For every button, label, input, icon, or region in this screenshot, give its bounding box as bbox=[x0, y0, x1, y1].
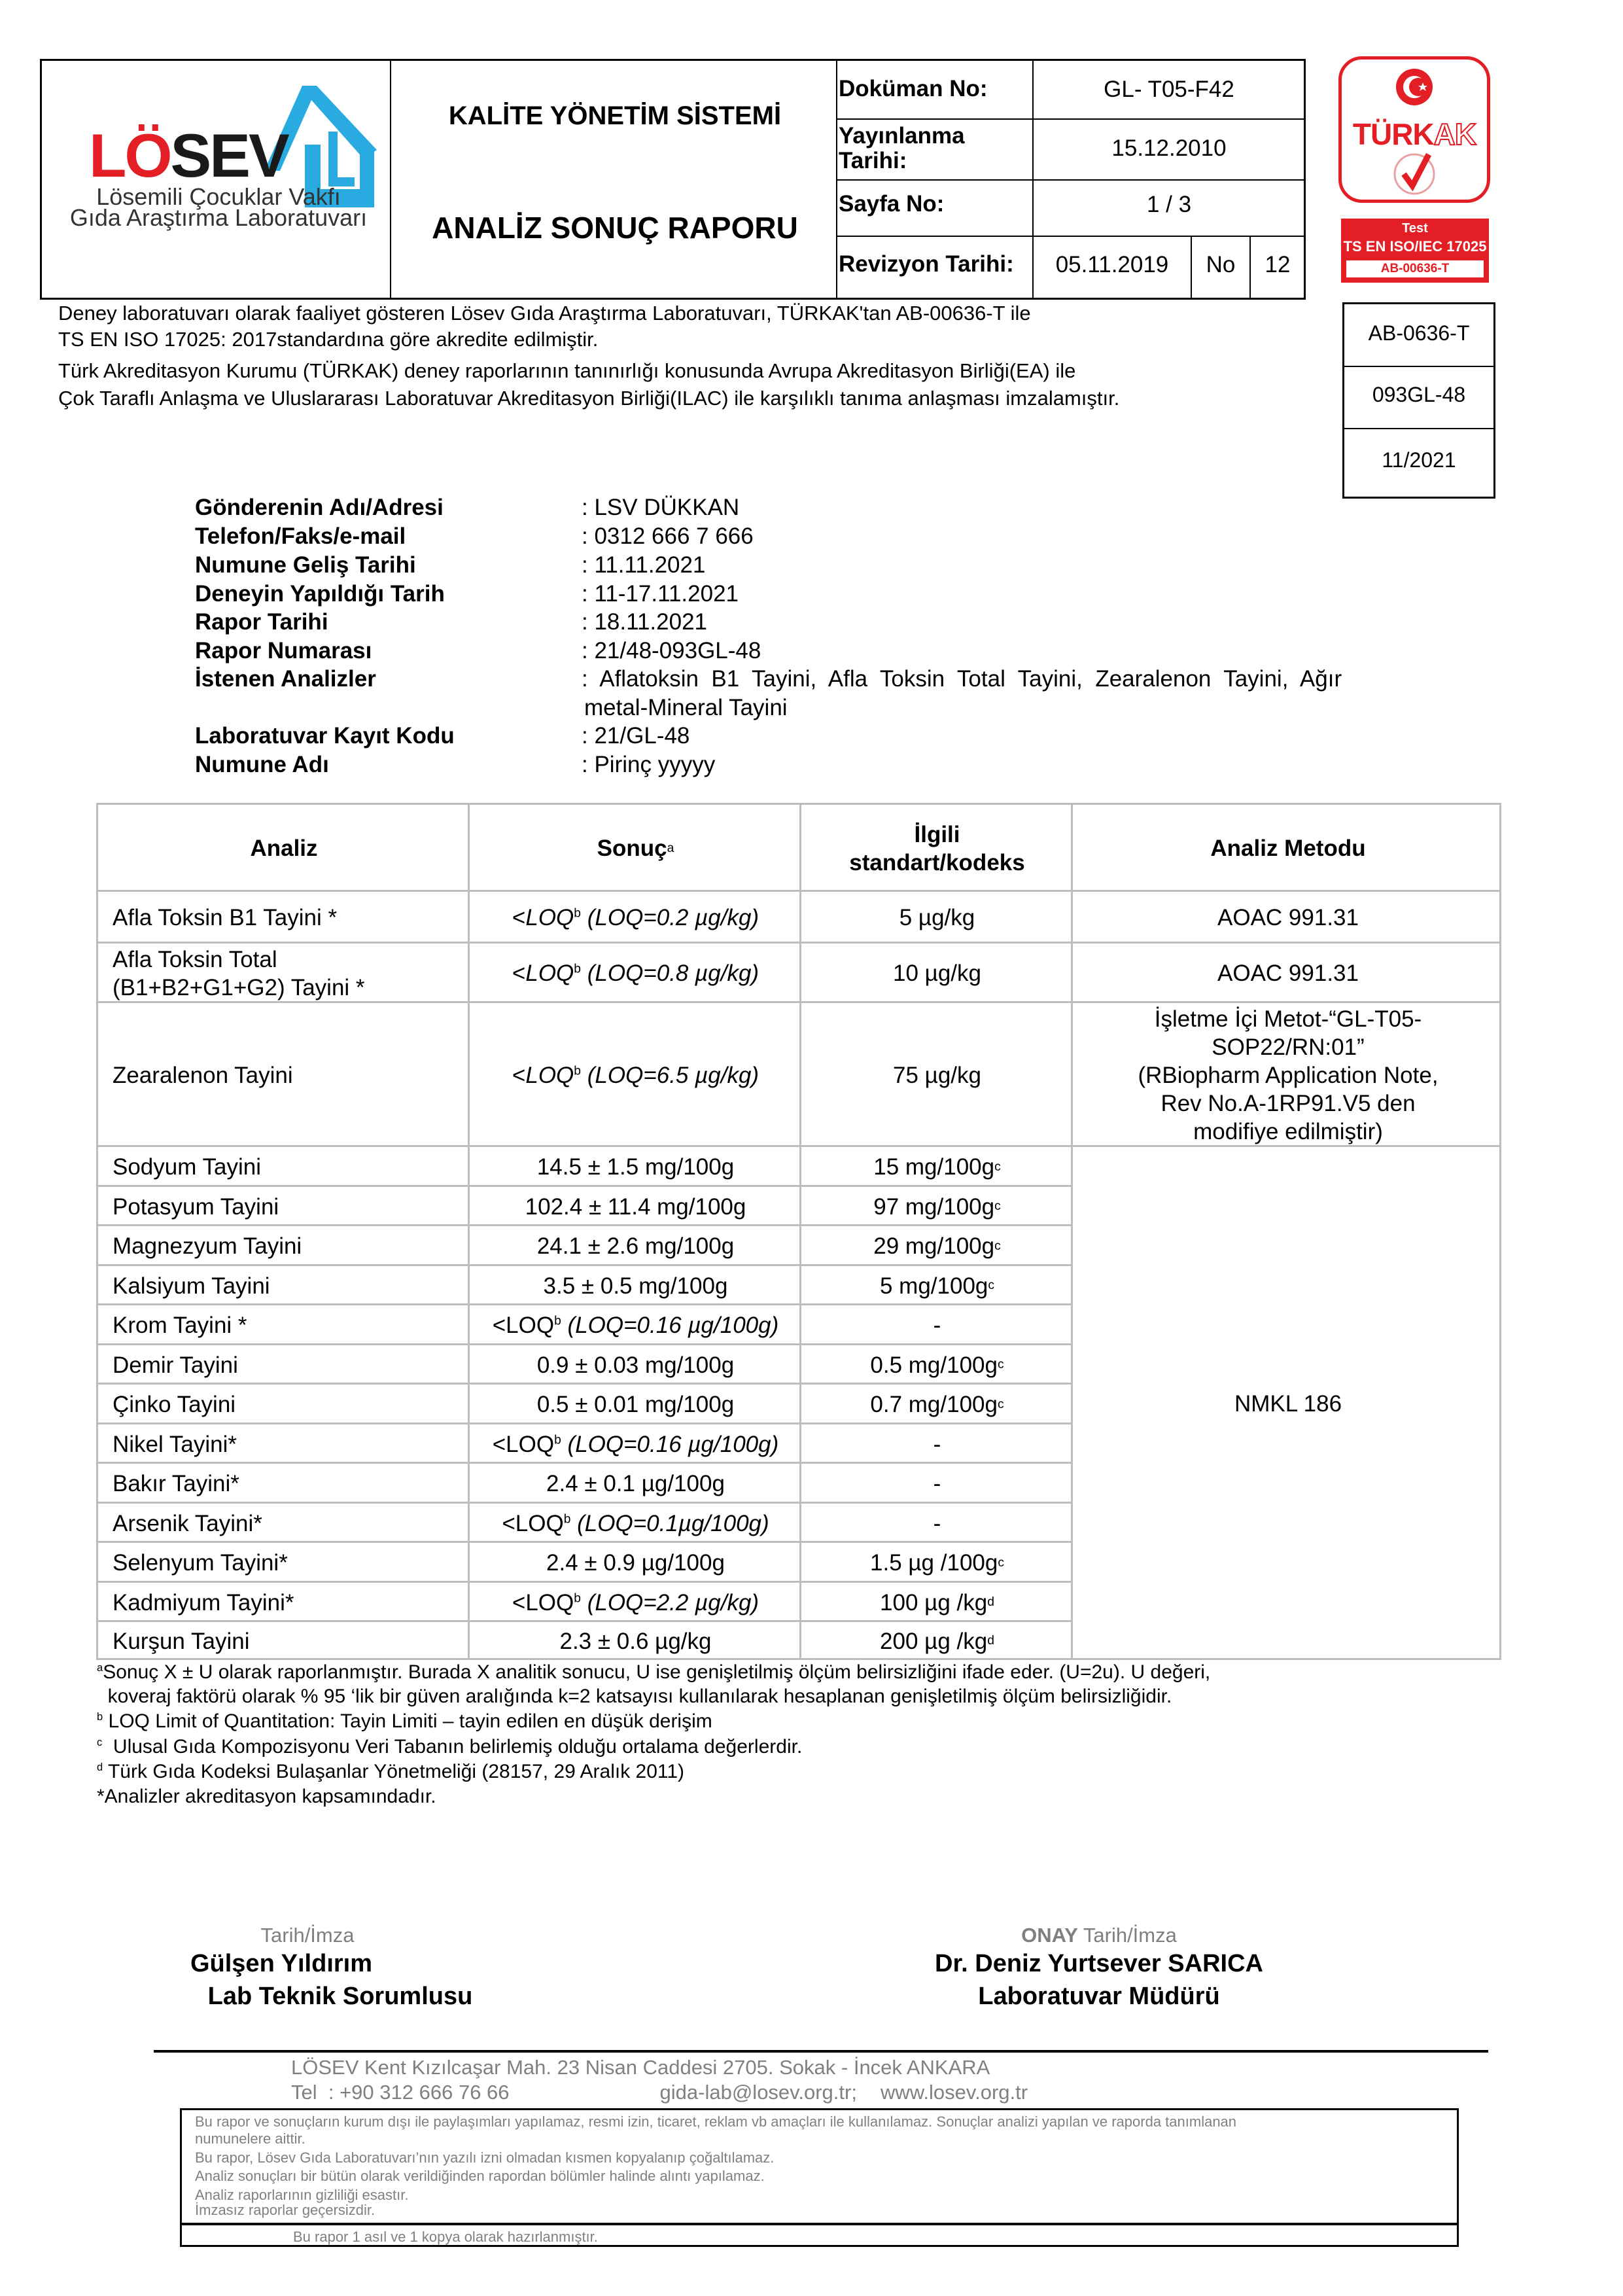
wordmark-red: LÖ bbox=[89, 121, 171, 190]
report-code: 093GL-48 bbox=[1344, 383, 1493, 407]
report-month: 11/2021 bbox=[1344, 448, 1493, 472]
table-cell-result: 3.5 ± 0.5 mg/100g bbox=[470, 1266, 801, 1305]
header-method: Analiz Metodu bbox=[1073, 805, 1503, 892]
divider bbox=[1344, 428, 1493, 429]
accreditation-text-line: Türk Akreditasyon Kurumu (TÜRKAK) deney … bbox=[58, 359, 1075, 383]
footnote-text: Türk Gıda Kodeksi Bulaşanlar Yönetmeliği… bbox=[103, 1761, 684, 1782]
publish-date-value: 15.12.2010 bbox=[1034, 135, 1304, 162]
revision-no-label: No bbox=[1192, 252, 1249, 278]
footnote-d: d Türk Gıda Kodeksi Bulaşanlar Yönetmeli… bbox=[97, 1760, 684, 1783]
page-no-value: 1 / 3 bbox=[1034, 192, 1304, 218]
table-cell-analysis: Zearalenon Tayini bbox=[98, 1003, 470, 1147]
table-cell-result: <LOQb (LOQ=0.16 µg/100g) bbox=[470, 1424, 801, 1464]
table-cell-result: 2.3 ± 0.6 µg/kg bbox=[470, 1622, 801, 1660]
footnote-marker: b bbox=[97, 1711, 103, 1723]
copies-note: Bu rapor 1 asıl ve 1 kopya olarak hazırl… bbox=[293, 2228, 598, 2246]
table-cell-standard: 5 mg/100g c bbox=[801, 1266, 1073, 1305]
footer-phone: Tel : +90 312 666 76 66 bbox=[291, 2081, 510, 2104]
footnote-a: aSonuç X ± U olarak raporlanmıştır. Bura… bbox=[97, 1661, 1210, 1684]
table-cell-standard: 200 µg /kg d bbox=[801, 1622, 1073, 1660]
sender-value: : LSV DÜKKAN bbox=[582, 495, 739, 521]
test-date-value: : 11-17.11.2021 bbox=[582, 581, 739, 607]
requested-analyses-value-cont: metal-Mineral Tayini bbox=[584, 695, 788, 721]
table-cell-standard: 1.5 µg /100g c bbox=[801, 1543, 1073, 1583]
divider bbox=[1344, 366, 1493, 367]
footer-divider bbox=[154, 2050, 1488, 2053]
table-cell-analysis: Magnezyum Tayini bbox=[98, 1226, 470, 1266]
disclaimer-line: Analiz sonuçları bir bütün olarak verild… bbox=[195, 2167, 765, 2185]
table-cell-result: 24.1 ± 2.6 mg/100g bbox=[470, 1226, 801, 1266]
divider bbox=[836, 118, 1304, 120]
table-cell-analysis: Demir Tayini bbox=[98, 1345, 470, 1385]
table-cell-standard: 97 mg/100g c bbox=[801, 1187, 1073, 1226]
test-date-label: Deneyin Yapıldığı Tarih bbox=[195, 581, 445, 607]
table-cell-result: <LOQb (LOQ=6.5 µg/kg) bbox=[470, 1003, 801, 1147]
divider bbox=[836, 236, 1304, 237]
table-cell-standard: 10 µg/kg bbox=[801, 944, 1073, 1003]
signature-right-name: Dr. Deniz Yurtsever SARICA bbox=[844, 1950, 1354, 1978]
report-date-value: : 18.11.2021 bbox=[582, 609, 707, 635]
table-cell-result: 0.9 ± 0.03 mg/100g bbox=[470, 1345, 801, 1385]
publish-date-label-2: Tarihi: bbox=[839, 149, 907, 173]
table-cell-analysis: Kadmiyum Tayini* bbox=[98, 1583, 470, 1622]
table-cell-result: 2.4 ± 0.1 µg/100g bbox=[470, 1464, 801, 1504]
footer-address: LÖSEV Kent Kızılcaşar Mah. 23 Nisan Cadd… bbox=[291, 2056, 990, 2079]
table-cell-analysis: Krom Tayini * bbox=[98, 1305, 470, 1345]
sender-label: Gönderenin Adı/Adresi bbox=[195, 495, 444, 521]
table-cell-analysis: Afla Toksin Total(B1+B2+G1+G2) Tayini * bbox=[98, 944, 470, 1003]
signature-left-title: Lab Teknik Sorumlusu bbox=[164, 1983, 517, 2011]
lab-code-label: Laboratuvar Kayıt Kodu bbox=[195, 723, 455, 749]
arrival-date-value: : 11.11.2021 bbox=[582, 552, 705, 578]
footer-contact: Tel : +90 312 666 76 66gida-lab@losev.or… bbox=[291, 2081, 1028, 2104]
quality-system-title: KALİTE YÖNETİM SİSTEMİ bbox=[391, 101, 839, 131]
table-cell-standard: 5 µg/kg bbox=[801, 892, 1073, 944]
report-title: ANALİZ SONUÇ RAPORU bbox=[391, 210, 839, 245]
table-cell-method-merged: NMKL 186 bbox=[1073, 1147, 1503, 1660]
table-cell-analysis: Afla Toksin B1 Tayini * bbox=[98, 892, 470, 944]
footnote-a-cont: koveraj faktörü olarak % 95 ‘lik bir güv… bbox=[97, 1685, 1172, 1708]
report-number-value: : 21/48-093GL-48 bbox=[582, 638, 761, 664]
table-cell-result: 2.4 ± 0.9 µg/100g bbox=[470, 1543, 801, 1583]
turkak-word-solid: TÜRK bbox=[1353, 117, 1434, 151]
report-number-label: Rapor Numarası bbox=[195, 638, 372, 664]
table-cell-standard: 75 µg/kg bbox=[801, 1003, 1073, 1147]
footnote-text: LOQ Limit of Quantitation: Tayin Limiti … bbox=[103, 1710, 712, 1732]
separator: ; bbox=[851, 2081, 857, 2104]
approval-label: ONAY bbox=[1021, 1924, 1078, 1947]
results-table: AnalizSonuçaİlgilistandart/kodeksAnaliz … bbox=[96, 803, 1501, 1660]
page-no-label: Sayfa No: bbox=[839, 192, 944, 217]
table-cell-analysis: Çinko Tayini bbox=[98, 1385, 470, 1424]
table-cell-analysis: Arsenik Tayini* bbox=[98, 1504, 470, 1543]
table-cell-result: <LOQb (LOQ=0.1µg/100g) bbox=[470, 1504, 801, 1543]
turkak-accreditation-logo: TÜRKAK Test TS EN ISO/IEC 17025 AB-00636… bbox=[1338, 56, 1495, 282]
table-cell-standard: 15 mg/100g c bbox=[801, 1147, 1073, 1187]
disclaimer-line: numunelere aittir. bbox=[195, 2130, 305, 2147]
turkak-wordmark: TÜRKAK bbox=[1338, 116, 1490, 152]
checkmark-circle-icon bbox=[1391, 148, 1438, 198]
crescent-star-icon bbox=[1395, 65, 1434, 109]
table-cell-result: <LOQb (LOQ=0.2 µg/kg) bbox=[470, 892, 801, 944]
footnote-accreditation-scope: *Analizler akreditasyon kapsamındadır. bbox=[97, 1785, 436, 1808]
footnote-text: Ulusal Gıda Kompozisyonu Veri Tabanın be… bbox=[102, 1736, 802, 1757]
table-cell-result: <LOQb (LOQ=0.16 µg/100g) bbox=[470, 1305, 801, 1345]
lab-code-value: : 21/GL-48 bbox=[582, 723, 689, 749]
disclaimer-line: İmzasız raporlar geçersizdir. bbox=[195, 2201, 375, 2219]
table-cell-result: <LOQb (LOQ=2.2 µg/kg) bbox=[470, 1583, 801, 1622]
table-cell-analysis: Bakır Tayini* bbox=[98, 1464, 470, 1504]
table-cell-standard: - bbox=[801, 1464, 1073, 1504]
footnote-c: c Ulusal Gıda Kompozisyonu Veri Tabanın … bbox=[97, 1735, 802, 1758]
footnote-marker: a bbox=[97, 1662, 103, 1674]
table-cell-analysis: Nikel Tayini* bbox=[98, 1424, 470, 1464]
table-cell-result: 14.5 ± 1.5 mg/100g bbox=[470, 1147, 801, 1187]
publish-date-label-1: Yayınlanma bbox=[839, 124, 965, 149]
requested-analyses-label: İstenen Analizler bbox=[195, 666, 376, 692]
signature-right-caption: ONAY Tarih/İmza bbox=[916, 1924, 1282, 1947]
table-cell-analysis: Selenyum Tayini* bbox=[98, 1543, 470, 1583]
turkak-word-outline: AK bbox=[1434, 117, 1476, 151]
header-standard: İlgilistandart/kodeks bbox=[801, 805, 1073, 892]
divider bbox=[390, 61, 391, 298]
sample-name-label: Numune Adı bbox=[195, 752, 329, 778]
turkak-test-label: Test bbox=[1341, 221, 1489, 236]
arrival-date-label: Numune Geliş Tarihi bbox=[195, 552, 416, 578]
table-cell-standard: - bbox=[801, 1424, 1073, 1464]
document-header: LÖSEV Lösemili Çocuklar Vakfı Gıda Araşt… bbox=[40, 59, 1306, 300]
report-date-label: Rapor Tarihi bbox=[195, 609, 328, 635]
footnote-marker: c bbox=[97, 1737, 102, 1748]
table-cell-standard: - bbox=[801, 1305, 1073, 1345]
footnote-marker: d bbox=[97, 1761, 103, 1773]
signature-right-title: Laboratuvar Müdürü bbox=[844, 1983, 1354, 2011]
disclaimer-box: Bu rapor ve sonuçların kurum dışı ile pa… bbox=[180, 2108, 1459, 2247]
disclaimer-line: Bu rapor ve sonuçların kurum dışı ile pa… bbox=[195, 2113, 1236, 2130]
table-cell-standard: 0.5 mg/100g c bbox=[801, 1345, 1073, 1385]
table-cell-standard: - bbox=[801, 1504, 1073, 1543]
table-cell-standard: 100 µg /kg d bbox=[801, 1583, 1073, 1622]
turkak-code: AB-00636-T bbox=[1346, 260, 1484, 277]
wordmark-black: SEV bbox=[171, 121, 288, 190]
caption-text: Tarih/İmza bbox=[1078, 1924, 1177, 1947]
accreditation-number: AB-0636-T bbox=[1344, 321, 1493, 345]
accreditation-id-box: AB-0636-T 093GL-48 11/2021 bbox=[1342, 302, 1495, 499]
accreditation-text-line: Çok Taraflı Anlaşma ve Uluslararası Labo… bbox=[58, 386, 1119, 410]
divider bbox=[836, 179, 1304, 181]
table-cell-analysis: Kurşun Tayini bbox=[98, 1622, 470, 1660]
header-result: Sonuça bbox=[470, 805, 801, 892]
table-cell-result: <LOQb (LOQ=0.8 µg/kg) bbox=[470, 944, 801, 1003]
footnote-text: Sonuç X ± U olarak raporlanmıştır. Burad… bbox=[103, 1661, 1210, 1683]
losev-wordmark: LÖSEV bbox=[89, 125, 288, 186]
signature-left-caption: Tarih/İmza bbox=[196, 1924, 419, 1947]
table-cell-method: AOAC 991.31 bbox=[1073, 892, 1503, 944]
table-cell-analysis: Sodyum Tayini bbox=[98, 1147, 470, 1187]
table-cell-result: 102.4 ± 11.4 mg/100g bbox=[470, 1187, 801, 1226]
accreditation-text-line: TS EN ISO 17025: 2017standardına göre ak… bbox=[58, 327, 598, 351]
turkak-standard: TS EN ISO/IEC 17025 bbox=[1341, 238, 1489, 255]
contact-label: Telefon/Faks/e-mail bbox=[195, 523, 406, 550]
table-cell-analysis: Potasyum Tayini bbox=[98, 1187, 470, 1226]
divider bbox=[182, 2223, 1457, 2225]
sample-name-value: : Pirinç yyyyy bbox=[582, 752, 715, 778]
revision-date-label: Revizyon Tarihi: bbox=[839, 252, 1014, 277]
table-cell-standard: 0.7 mg/100g c bbox=[801, 1385, 1073, 1424]
logo-subtitle-lab: Gıda Araştırma Laboratuvarı bbox=[42, 206, 395, 230]
header-analysis: Analiz bbox=[98, 805, 470, 892]
doc-no-value: GL- T05-F42 bbox=[1034, 77, 1304, 103]
table-cell-standard: 29 mg/100g c bbox=[801, 1226, 1073, 1266]
revision-date-value: 05.11.2019 bbox=[1034, 252, 1191, 278]
disclaimer-line: Bu rapor, Lösev Gıda Laboratuvarı’nın ya… bbox=[195, 2149, 774, 2166]
accreditation-text-line: Deney laboratuvarı olarak faaliyet göste… bbox=[58, 301, 1031, 325]
revision-no-value: 12 bbox=[1251, 252, 1304, 278]
table-cell-method: İşletme İçi Metot-“GL-T05-SOP22/RN:01”(R… bbox=[1073, 1003, 1503, 1147]
footer-website-link[interactable]: www.losev.org.tr bbox=[881, 2081, 1028, 2104]
doc-no-label: Doküman No: bbox=[839, 77, 988, 101]
footnote-b: b LOQ Limit of Quantitation: Tayin Limit… bbox=[97, 1710, 712, 1733]
contact-value: : 0312 666 7 666 bbox=[582, 523, 754, 550]
table-cell-method: AOAC 991.31 bbox=[1073, 944, 1503, 1003]
table-cell-analysis: Kalsiyum Tayini bbox=[98, 1266, 470, 1305]
footer-email-link[interactable]: gida-lab@losev.org.tr bbox=[660, 2081, 852, 2104]
table-cell-result: 0.5 ± 0.01 mg/100g bbox=[470, 1385, 801, 1424]
requested-analyses-value: : Aflatoksin B1 Tayini, Afla Toksin Tota… bbox=[582, 666, 1342, 692]
signature-left-name: Gülşen Yıldırım bbox=[164, 1950, 399, 1978]
losev-logo: LÖSEV Lösemili Çocuklar Vakfı Gıda Araşt… bbox=[42, 61, 391, 298]
